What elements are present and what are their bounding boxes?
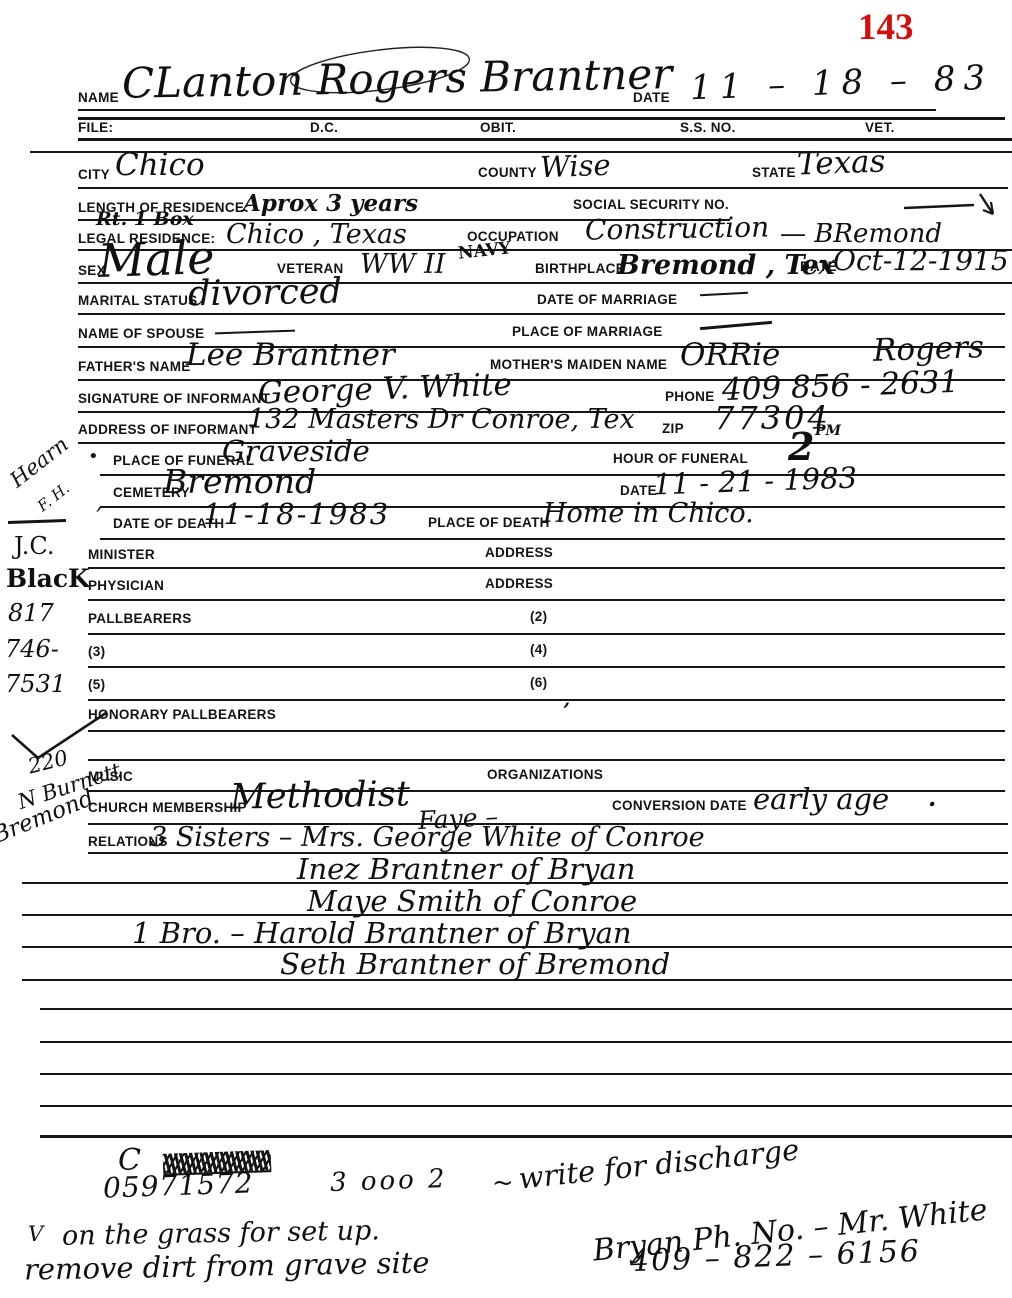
blank-dash (215, 330, 295, 335)
honorary-pallbearers-label: HONORARY PALLBEARERS (88, 707, 276, 722)
cemetery-date-label: DATE (620, 483, 657, 498)
funeral-record-form: 143 NAME CLanton Rogers Brantner DATE 11… (0, 0, 1012, 1298)
legal-residence-value: Chico , Texas (226, 221, 407, 248)
margin-phone-areacode: 817 (8, 601, 54, 625)
page-number: 143 (858, 6, 914, 49)
place-of-marriage-label: PLACE OF MARRIAGE (512, 324, 663, 339)
residence-length-value: Aprox 3 years (243, 192, 418, 215)
rule (88, 633, 1005, 635)
rule (88, 666, 1005, 668)
ssn-label: SOCIAL SECURITY NO. (573, 197, 729, 212)
cemetery-date-value: 11 - 21 - 1983 (653, 463, 858, 499)
phone-label: PHONE (665, 389, 715, 404)
veteran-value: WW II (360, 251, 445, 278)
ssno-label: S.S. NO. (680, 120, 736, 135)
vet-label: VET. (865, 120, 895, 135)
minister-address-label: ADDRESS (485, 545, 553, 560)
informant-signature-label: SIGNATURE OF INFORMANT (78, 391, 270, 406)
rule (78, 138, 1012, 141)
legal-residence-above: Rt. 1 Box (96, 210, 194, 229)
date-of-marriage-label: DATE OF MARRIAGE (537, 292, 677, 307)
county-value: Wise (540, 151, 612, 182)
name-value: CLanton Rogers Brantner (122, 53, 673, 105)
date-of-death-value: 11-18-1983 (203, 500, 390, 529)
bottom-phone-number: 409 – 822 – 6156 (630, 1237, 922, 1277)
music-label: MUSIC (88, 769, 133, 784)
name-date-label: DATE (633, 90, 670, 105)
father-name-label: FATHER'S NAME (78, 359, 191, 374)
rule (100, 538, 1005, 540)
state-label: STATE (752, 165, 796, 180)
margin-funeral-home-note2: F. H. (35, 481, 72, 515)
birthplace-label: BIRTHPLACE (535, 261, 625, 276)
margin-bullet: • (88, 448, 99, 466)
rule (40, 1008, 1012, 1010)
rule (78, 109, 936, 111)
relations-line-5: Seth Brantner of Bremond (280, 950, 670, 979)
pallbearer-4-label: (4) (530, 642, 547, 657)
bottom-check-mark: V (28, 1224, 43, 1245)
physician-label: PHYSICIAN (88, 578, 164, 593)
blank-dash (700, 292, 748, 297)
veteran-branch-note: NAVY (457, 240, 511, 262)
rule (78, 442, 1005, 444)
birthdate-value: Oct-12-1915 (833, 247, 1011, 275)
place-of-death-value: Home in Chico. (543, 500, 754, 527)
rule (88, 759, 1005, 761)
mother-first-value: ORRie (680, 340, 780, 371)
minister-label: MINISTER (88, 547, 155, 562)
marital-status-value: divorced (188, 275, 342, 313)
hour-ampm-value: PM (815, 424, 841, 438)
bottom-grass-note: on the grass for set up. (62, 1217, 380, 1250)
rule (88, 567, 1005, 569)
bottom-tilde-mark: ~ (492, 1170, 514, 1196)
informant-address-value: 132 Masters Dr Conroe, Tex (248, 406, 635, 433)
organizations-label: ORGANIZATIONS (487, 767, 603, 782)
rule (40, 1073, 1012, 1075)
file-label: FILE: (78, 120, 113, 135)
state-value: Texas (796, 146, 886, 180)
rule (22, 979, 1012, 981)
hour-value: 2 (788, 428, 814, 466)
margin-comma: , (96, 492, 102, 512)
church-membership-label: CHURCH MEMBERSHIP (88, 800, 247, 815)
pallbearer-5-label: (5) (88, 677, 105, 692)
bottom-discharge-note: write for discharge (517, 1135, 800, 1193)
father-name-value: Lee Brantner (186, 340, 395, 371)
name-label: NAME (78, 90, 119, 105)
city-value: Chico (115, 150, 205, 181)
conversion-period-mark: . (928, 786, 936, 810)
relations-line-4: 1 Bro. – Harold Brantner of Bryan (132, 919, 632, 948)
church-membership-value: Methodist (230, 777, 410, 815)
pallbearer-2-label: (2) (530, 609, 547, 624)
hour-of-funeral-label: HOUR OF FUNERAL (613, 451, 748, 466)
bottom-code: 3 ooo 2 (330, 1166, 448, 1196)
place-of-death-label: PLACE OF DEATH (428, 515, 550, 530)
relations-line-3: Maye Smith of Conroe (307, 887, 637, 916)
mother-maiden-label: MOTHER'S MAIDEN NAME (490, 357, 667, 372)
rule (78, 313, 1005, 315)
stray-tick-mark: ’ (563, 700, 570, 720)
birthdate-label: DATE (800, 259, 837, 274)
pallbearer-3-label: (3) (88, 644, 105, 659)
county-label: COUNTY (478, 165, 537, 180)
rule (40, 1135, 1012, 1138)
rule (40, 1105, 1012, 1107)
conversion-date-value: early age (753, 785, 889, 814)
mother-last-value: Rogers (872, 332, 984, 367)
pallbearer-6-label: (6) (530, 675, 547, 690)
rule (40, 1041, 1012, 1043)
dc-label: D.C. (310, 120, 338, 135)
pallbearers-label: PALLBEARERS (88, 611, 192, 626)
bottom-grave-note: remove dirt from grave site (24, 1248, 430, 1284)
blank-dash (700, 321, 772, 330)
bottom-serial-number: 05971572 (103, 1169, 254, 1202)
margin-phone-prefix: 746- (5, 637, 59, 661)
city-label: CITY (78, 167, 110, 182)
rule (88, 599, 1005, 601)
occupation-right-note: — BRemond (780, 221, 1012, 247)
obit-label: OBIT. (480, 120, 516, 135)
margin-contact-surname: BlacK (6, 566, 90, 591)
margin-contact-initials: J.C. (14, 534, 55, 558)
rule (78, 187, 1008, 189)
margin-dash (8, 519, 66, 524)
marital-status-label: MARITAL STATUS (78, 293, 197, 308)
rule (88, 699, 1005, 701)
cemetery-value: Bremond (163, 465, 316, 498)
occupation-value: Construction (585, 213, 770, 244)
conversion-date-label: CONVERSION DATE (612, 798, 747, 813)
zip-label: ZIP (662, 421, 684, 436)
physician-address-label: ADDRESS (485, 576, 553, 591)
relations-line-2: Inez Brantner of Bryan (297, 855, 635, 884)
rule (88, 730, 1005, 732)
margin-phone-suffix: 7531 (5, 672, 66, 696)
relations-line-1: 3 Sisters – Mrs. George White of Conroe (150, 824, 705, 851)
name-date-value: 11 – 18 – 83 (689, 61, 993, 106)
